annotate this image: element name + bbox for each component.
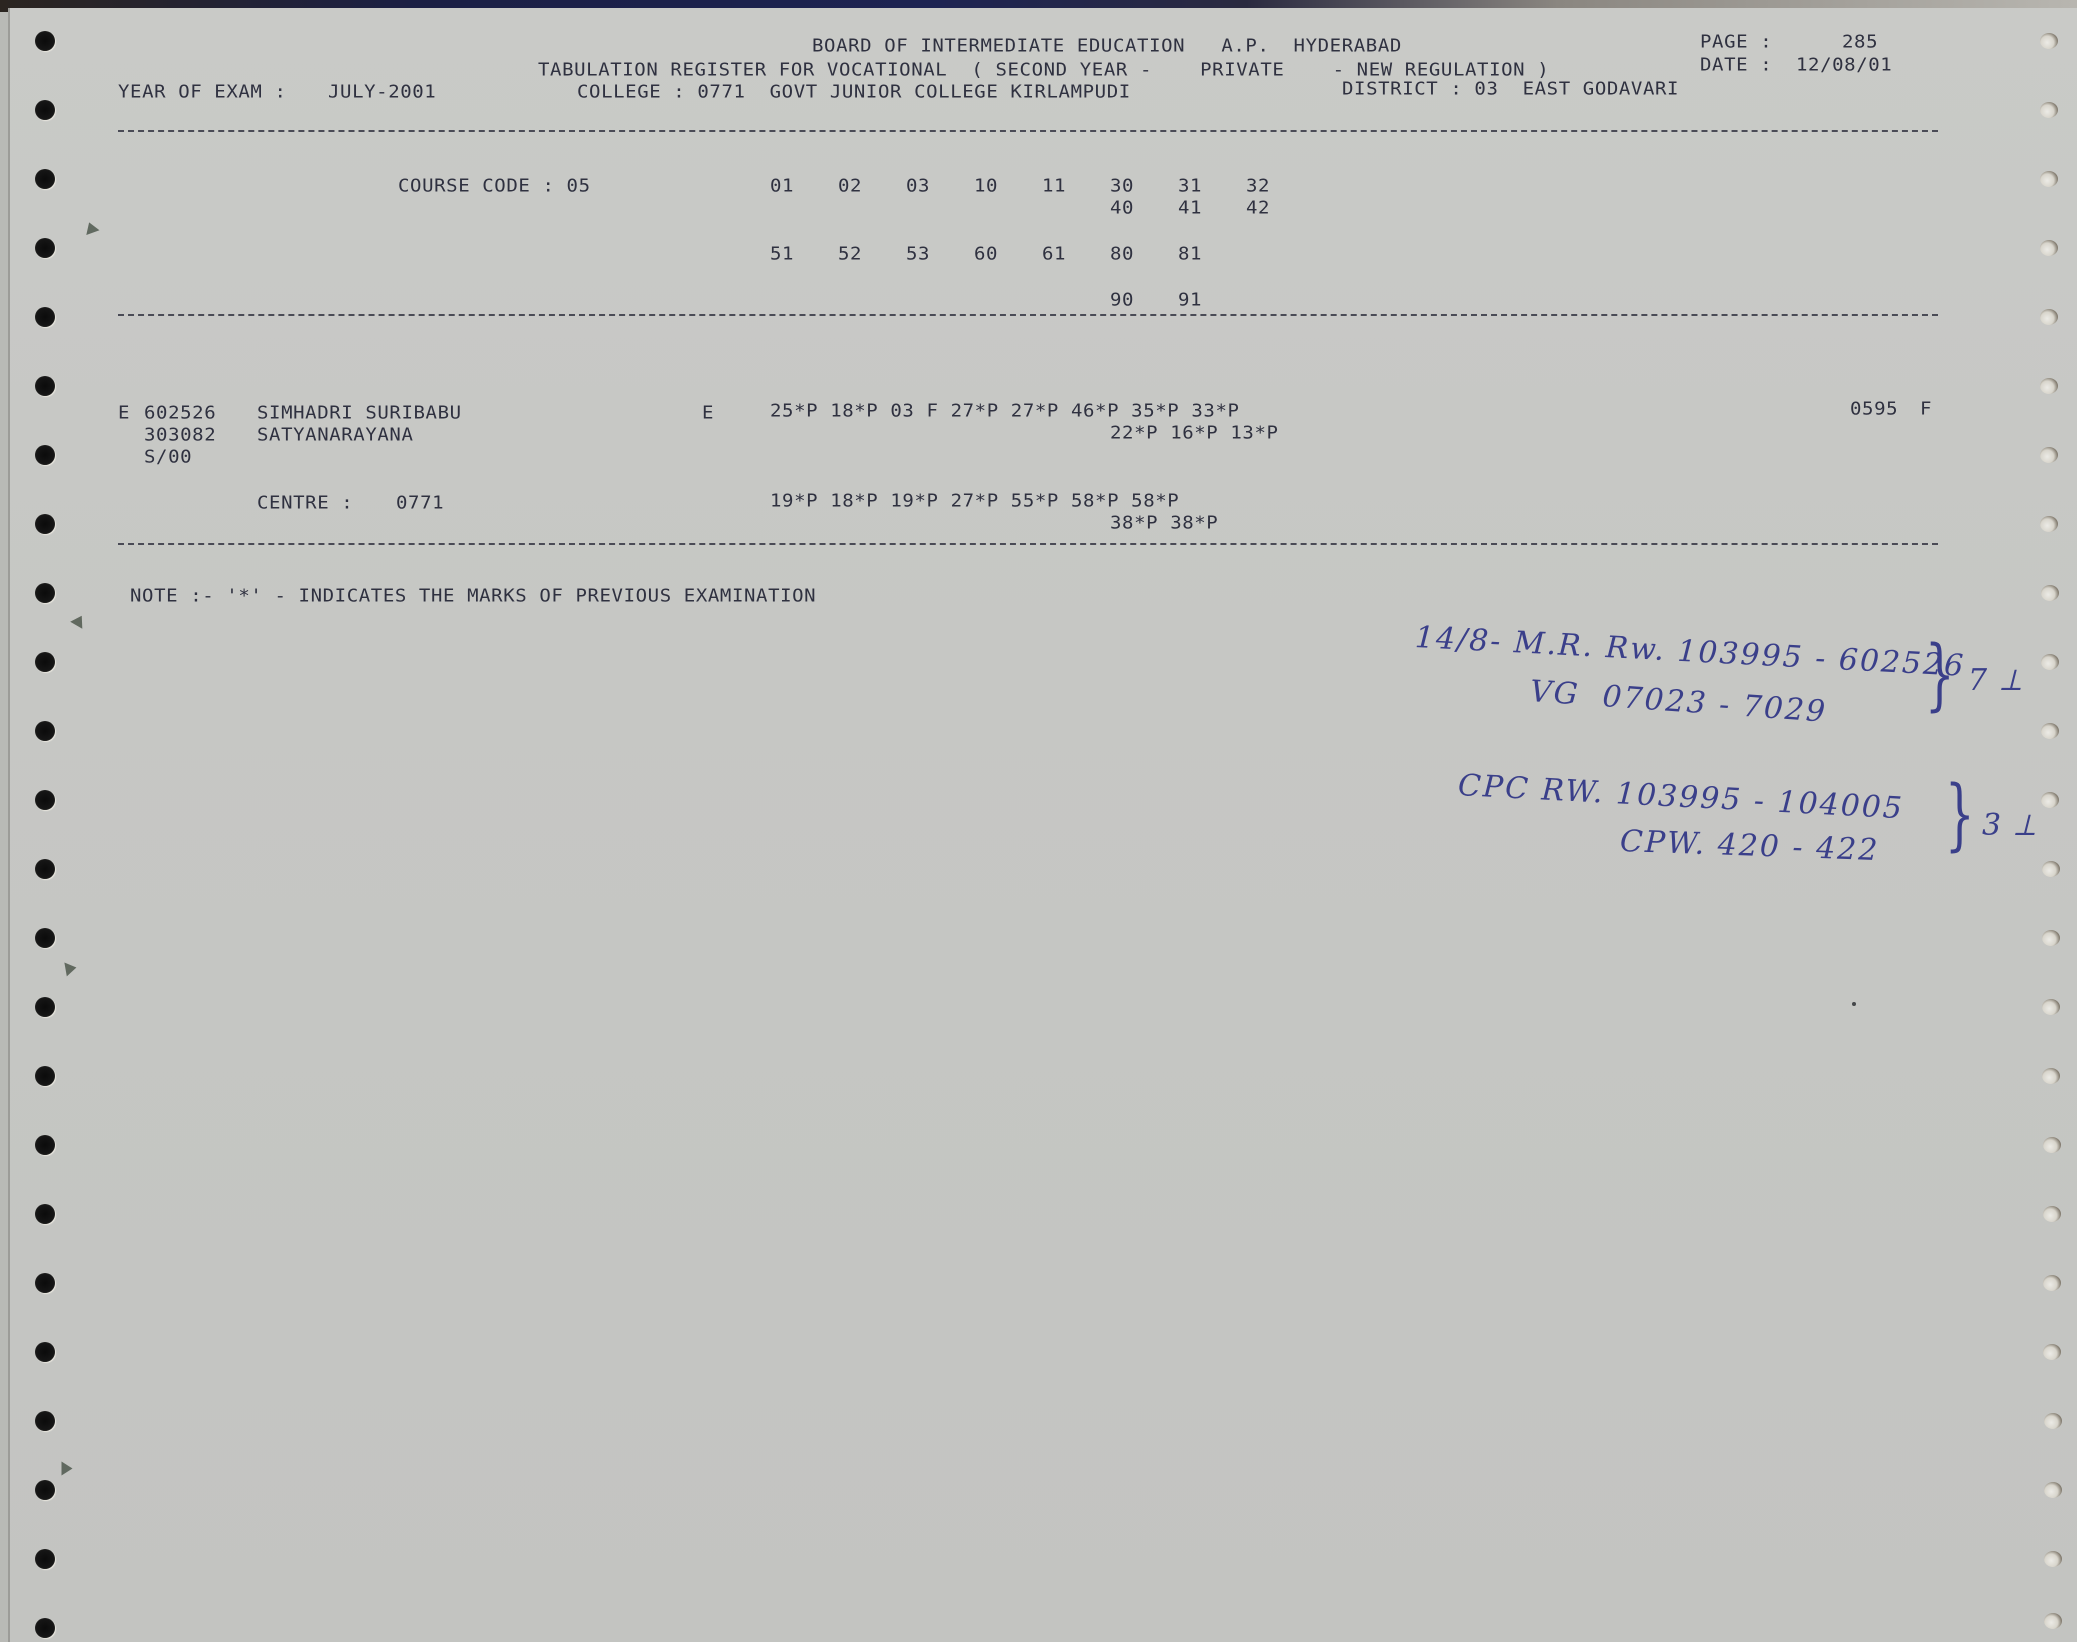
handwritten-line-4: CPW. 420 - 422 xyxy=(1619,824,1880,868)
sprocket-hole xyxy=(2043,1275,2061,1291)
district-info: DISTRICT : 03 EAST GODAVARI xyxy=(1342,79,1679,99)
sprocket-hole xyxy=(35,1480,55,1500)
paper-tear-mark xyxy=(62,1462,73,1476)
sprocket-hole xyxy=(2040,378,2058,394)
sprocket-hole xyxy=(35,790,55,810)
sprocket-hole xyxy=(2041,654,2059,670)
sprocket-hole xyxy=(35,376,55,396)
footnote: NOTE :- '*' - INDICATES THE MARKS OF PRE… xyxy=(130,586,816,606)
sprocket-hole xyxy=(35,1135,55,1155)
sprocket-hole xyxy=(2042,1068,2060,1084)
sprocket-hole xyxy=(2042,999,2060,1015)
final-result: F xyxy=(1920,399,1932,419)
total-marks: 0595 xyxy=(1850,399,1898,419)
subject-code: 02 xyxy=(838,176,862,196)
course-code-label: COURSE CODE : 05 xyxy=(398,176,591,196)
paper-tear-mark xyxy=(83,220,100,235)
subject-code: 61 xyxy=(1042,244,1066,264)
subject-code: 91 xyxy=(1178,290,1202,310)
paper-tear-mark xyxy=(64,961,77,977)
sprocket-hole xyxy=(35,859,55,879)
header-date-value: 12/08/01 xyxy=(1796,55,1892,75)
sprocket-hole xyxy=(2040,33,2058,49)
subject-code: 03 xyxy=(906,176,930,196)
year-of-exam-label: YEAR OF EXAM : xyxy=(118,82,287,102)
brace-icon: } xyxy=(1925,636,1955,714)
sprocket-hole xyxy=(35,1273,55,1293)
sprocket-hole xyxy=(35,928,55,948)
ink-speck xyxy=(1852,1002,1856,1006)
header-page-label: PAGE : xyxy=(1700,32,1772,52)
subject-code: 80 xyxy=(1110,244,1134,264)
sprocket-hole xyxy=(2040,240,2058,256)
year-of-exam-value: JULY-2001 xyxy=(328,82,436,102)
subject-code: 41 xyxy=(1178,198,1202,218)
sprocket-hole xyxy=(35,997,55,1017)
sprocket-hole xyxy=(2040,309,2058,325)
subject-code: 30 xyxy=(1110,176,1134,196)
subject-code: 90 xyxy=(1110,290,1134,310)
sprocket-hole xyxy=(2040,516,2058,532)
brace-icon: } xyxy=(1945,776,1975,854)
centre-value: 0771 xyxy=(396,493,444,513)
sprocket-hole xyxy=(35,100,55,120)
header-page-number: 285 xyxy=(1842,32,1878,52)
header-board-title: BOARD OF INTERMEDIATE EDUCATION A.P. HYD… xyxy=(812,36,1402,56)
sprocket-hole xyxy=(35,1618,55,1638)
subject-code: 11 xyxy=(1042,176,1066,196)
sprocket-hole xyxy=(35,238,55,258)
sprocket-hole xyxy=(35,1549,55,1569)
centre-label: CENTRE : xyxy=(257,493,353,513)
registration-number: 303082 xyxy=(144,425,216,445)
handwritten-count-1: 7 ⟂ xyxy=(1968,663,2023,698)
sprocket-hole xyxy=(2041,723,2059,739)
previous-exam-code: S/00 xyxy=(144,447,192,467)
subject-code: 81 xyxy=(1178,244,1202,264)
sprocket-hole xyxy=(35,445,55,465)
dashed-divider xyxy=(118,130,1938,132)
subject-code: 60 xyxy=(974,244,998,264)
father-name: SATYANARAYANA xyxy=(257,425,414,445)
sprocket-hole xyxy=(2042,930,2060,946)
handwritten-line-2: VG 07023 - 7029 xyxy=(1529,674,1828,730)
sprocket-hole xyxy=(35,31,55,51)
handwritten-count-2: 3 ⟂ xyxy=(1982,808,2037,843)
subject-code: 31 xyxy=(1178,176,1202,196)
handwritten-line-1: 14/8- M.R. Rw. 103995 - 602526 xyxy=(1414,620,1966,684)
sprocket-hole xyxy=(2043,1344,2061,1360)
marks-row-1: 25*P 18*P 03 F 27*P 27*P 46*P 35*P 33*P xyxy=(770,401,1240,421)
sprocket-hole xyxy=(35,583,55,603)
candidate-category: E xyxy=(118,403,130,423)
sprocket-hole xyxy=(2044,1613,2062,1629)
header-register-title: TABULATION REGISTER FOR VOCATIONAL ( SEC… xyxy=(538,60,1549,80)
sprocket-hole xyxy=(2040,447,2058,463)
handwritten-line-3: CPC RW. 103995 - 104005 xyxy=(1457,768,1905,826)
sprocket-hole xyxy=(35,652,55,672)
sprocket-hole xyxy=(2040,171,2058,187)
sprocket-hole xyxy=(2044,1413,2062,1429)
sprocket-hole xyxy=(35,721,55,741)
subject-code: 52 xyxy=(838,244,862,264)
marks-row-2b: 38*P 38*P xyxy=(1110,513,1218,533)
sprocket-hole xyxy=(2044,1482,2062,1498)
dashed-divider xyxy=(118,543,1938,545)
hall-ticket-number: 602526 xyxy=(144,403,216,423)
sprocket-hole xyxy=(35,1204,55,1224)
marks-row-2: 19*P 18*P 19*P 27*P 55*P 58*P 58*P xyxy=(770,491,1179,511)
candidate-name: SIMHADRI SURIBABU xyxy=(257,403,462,423)
subject-code: 42 xyxy=(1246,198,1270,218)
college-info: COLLEGE : 0771 GOVT JUNIOR COLLEGE KIRLA… xyxy=(577,82,1131,102)
dashed-divider xyxy=(118,314,1938,316)
subject-code: 01 xyxy=(770,176,794,196)
subject-code: 10 xyxy=(974,176,998,196)
subject-code: 32 xyxy=(1246,176,1270,196)
sprocket-hole xyxy=(35,169,55,189)
marks-row-1b: 22*P 16*P 13*P xyxy=(1110,423,1279,443)
subject-code: 53 xyxy=(906,244,930,264)
paper-tear-mark xyxy=(70,612,88,629)
sprocket-hole xyxy=(2042,861,2060,877)
tabulation-register-page: BOARD OF INTERMEDIATE EDUCATION A.P. HYD… xyxy=(8,8,2077,1642)
sprocket-hole xyxy=(2043,1137,2061,1153)
sprocket-hole xyxy=(2043,1206,2061,1222)
sprocket-hole xyxy=(35,1411,55,1431)
sprocket-hole xyxy=(2044,1551,2062,1567)
candidate-medium: E xyxy=(702,403,714,423)
sprocket-hole xyxy=(35,1342,55,1362)
sprocket-hole xyxy=(35,307,55,327)
sprocket-hole xyxy=(2041,792,2059,808)
subject-code: 40 xyxy=(1110,198,1134,218)
subject-code: 51 xyxy=(770,244,794,264)
sprocket-hole xyxy=(2041,585,2059,601)
header-date-label: DATE : xyxy=(1700,55,1772,75)
sprocket-hole xyxy=(2040,102,2058,118)
sprocket-hole xyxy=(35,1066,55,1086)
sprocket-hole xyxy=(35,514,55,534)
